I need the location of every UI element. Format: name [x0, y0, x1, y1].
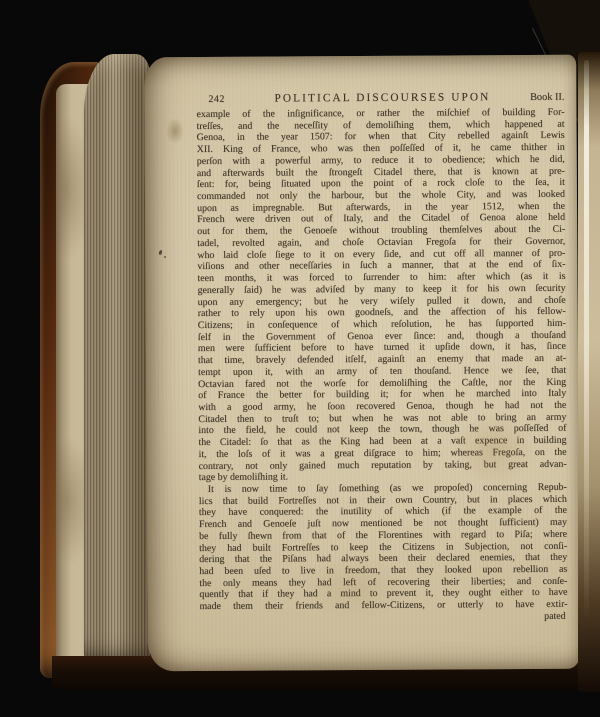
paper-stain: [166, 118, 184, 144]
page-edge-highlight: [584, 60, 589, 620]
running-title: POLITICAL DISCOURSES UPON: [258, 91, 506, 105]
ink-speck: [164, 256, 166, 258]
book-photo: 242 POLITICAL DISCOURSES UPON Book II. e…: [0, 0, 600, 717]
page-number: 242: [196, 94, 258, 105]
stacked-page-edges: [84, 54, 150, 664]
book-label: Book II.: [506, 92, 564, 103]
printed-content: 242 POLITICAL DISCOURSES UPON Book II. e…: [196, 91, 567, 625]
text-block: example of the inſignificance, or rather…: [196, 107, 567, 613]
paper-stain: [300, 556, 410, 620]
paper-stain: [452, 412, 536, 486]
facing-page-sliver: [578, 52, 600, 692]
